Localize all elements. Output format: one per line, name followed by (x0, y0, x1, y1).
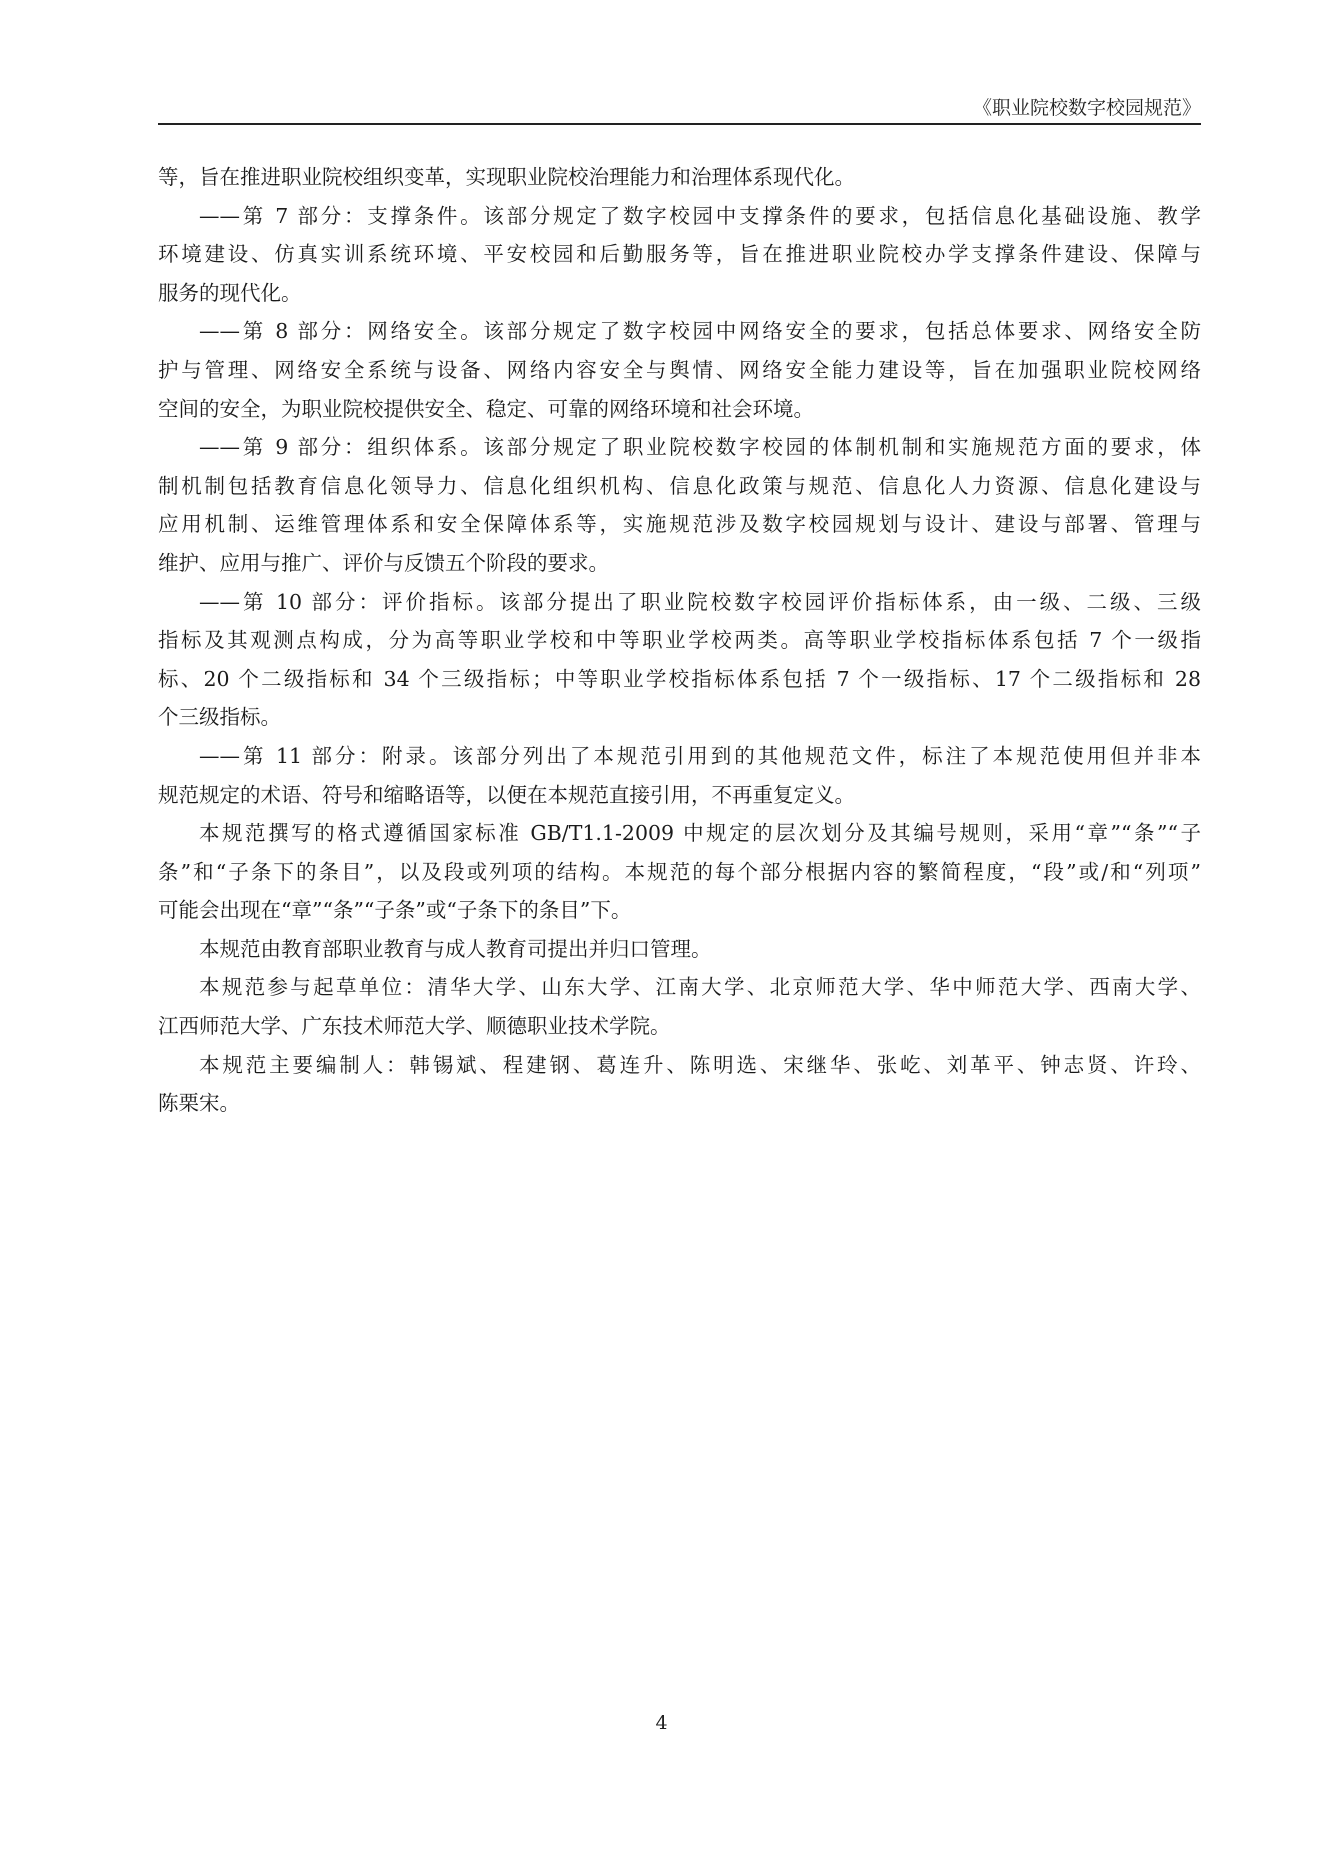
body-text: 等，旨在推进职业院校组织变革，实现职业院校治理能力和治理体系现代化。——第 7 … (158, 158, 1201, 1123)
text-line: 维护、应用与推广、评价与反馈五个阶段的要求。 (158, 544, 1201, 583)
text-line: 本规范撰写的格式遵循国家标准 GB/T1.1-2009 中规定的层次划分及其编号… (158, 814, 1201, 853)
text-line: 陈栗宋。 (158, 1084, 1201, 1123)
text-line: ——第 10 部分：评价指标。该部分提出了职业院校数字校园评价指标体系，由一级、… (158, 583, 1201, 622)
text-line: 标、20 个二级指标和 34 个三级指标；中等职业学校指标体系包括 7 个一级指… (158, 660, 1201, 699)
text-line: 江西师范大学、广东技术师范大学、顺德职业技术学院。 (158, 1007, 1201, 1046)
text-line: 制机制包括教育信息化领导力、信息化组织机构、信息化政策与规范、信息化人力资源、信… (158, 467, 1201, 506)
text-line: 空间的安全，为职业院校提供安全、稳定、可靠的网络环境和社会环境。 (158, 390, 1201, 429)
text-line: 环境建设、仿真实训系统环境、平安校园和后勤服务等，旨在推进职业院校办学支撑条件建… (158, 235, 1201, 274)
text-line: 规范规定的术语、符号和缩略语等，以便在本规范直接引用，不再重复定义。 (158, 776, 1201, 815)
text-line: 指标及其观测点构成，分为高等职业学校和中等职业学校两类。高等职业学校指标体系包括… (158, 621, 1201, 660)
text-line: 等，旨在推进职业院校组织变革，实现职业院校治理能力和治理体系现代化。 (158, 158, 1201, 197)
page-number: 4 (0, 1712, 1323, 1734)
text-line: ——第 8 部分：网络安全。该部分规定了数字校园中网络安全的要求，包括总体要求、… (158, 312, 1201, 351)
text-line: 条”和“子条下的条目”，以及段或列项的结构。本规范的每个部分根据内容的繁简程度，… (158, 853, 1201, 892)
running-header-title: 《职业院校数字校园规范》 (973, 93, 1201, 120)
text-line: 个三级指标。 (158, 698, 1201, 737)
text-line: 本规范主要编制人：韩锡斌、程建钢、葛连升、陈明选、宋继华、张屹、刘革平、钟志贤、… (158, 1046, 1201, 1085)
header-divider (158, 123, 1201, 125)
text-line: 服务的现代化。 (158, 274, 1201, 313)
text-line: 护与管理、网络安全系统与设备、网络内容安全与舆情、网络安全能力建设等，旨在加强职… (158, 351, 1201, 390)
text-line: 本规范由教育部职业教育与成人教育司提出并归口管理。 (158, 930, 1201, 969)
text-line: ——第 11 部分：附录。该部分列出了本规范引用到的其他规范文件，标注了本规范使… (158, 737, 1201, 776)
text-line: 本规范参与起草单位：清华大学、山东大学、江南大学、北京师范大学、华中师范大学、西… (158, 968, 1201, 1007)
text-line: ——第 7 部分：支撑条件。该部分规定了数字校园中支撑条件的要求，包括信息化基础… (158, 197, 1201, 236)
text-line: ——第 9 部分：组织体系。该部分规定了职业院校数字校园的体制机制和实施规范方面… (158, 428, 1201, 467)
text-line: 应用机制、运维管理体系和安全保障体系等，实施规范涉及数字校园规划与设计、建设与部… (158, 505, 1201, 544)
text-line: 可能会出现在“章”“条”“子条”或“子条下的条目”下。 (158, 891, 1201, 930)
